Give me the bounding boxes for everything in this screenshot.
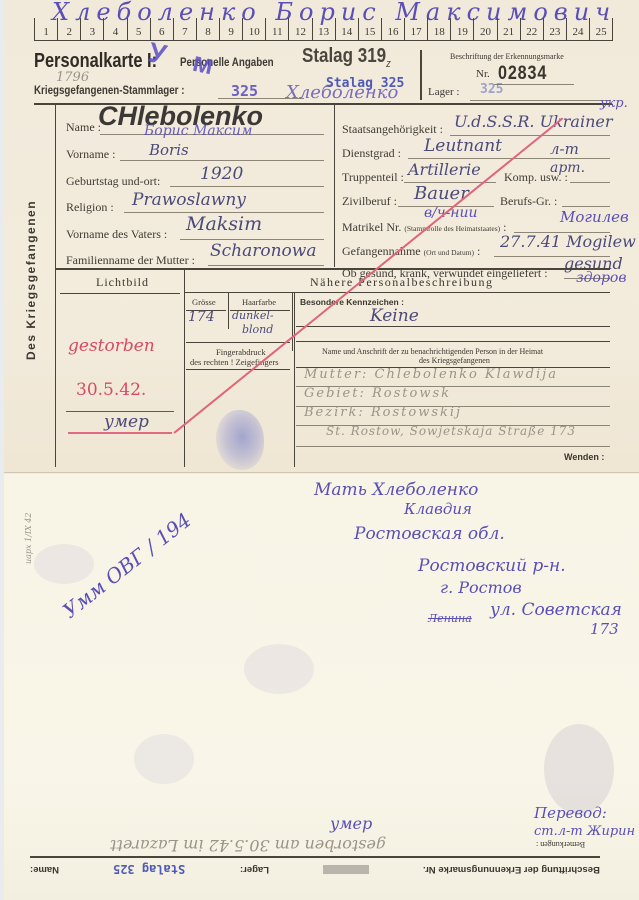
gesund-note: здоров — [576, 270, 626, 286]
death-note-cyr: умер — [104, 412, 149, 432]
card-number-handwritten: 1796 — [56, 70, 89, 85]
footer-marke-label: Beschriftung der Erkennungsmarke Nr. — [423, 864, 600, 875]
anschrift-line-2: Gebiet: Rostowsk — [304, 386, 451, 401]
number-cell: 3 — [81, 18, 104, 40]
personalkarte-front: Хлеболенко Борис Максимович 123456789101… — [4, 0, 639, 473]
footer-stamp: Stalag 325 — [113, 862, 185, 876]
religion-value: Prawoslawny — [132, 190, 246, 210]
zivilberuf-label: Zivilberuf : — [342, 194, 397, 209]
personalkarte-back: Мать Хлеболенко Клавдия Ростовская обл. … — [4, 474, 639, 900]
number-cell: 21 — [498, 18, 521, 40]
nr-label: Nr. — [476, 68, 490, 80]
number-cell: 25 — [590, 18, 613, 40]
footer-name-label: Name: — [30, 864, 59, 875]
side-label: Des Kriegsgefangenen — [24, 200, 38, 360]
bemerkungen-value: gestorben am 30.5.42 im Lazarett — [110, 836, 386, 855]
staats-note: укр. — [600, 96, 628, 111]
kennzeichen-value: Keine — [370, 306, 419, 326]
wenden-label: Wenden : — [564, 452, 604, 462]
number-cell: 2 — [58, 18, 81, 40]
back-side-note: иарх 1/IX 42 — [24, 513, 33, 564]
anschrift-line-4: St. Rostow, Sowjetskaja Straße 173 — [326, 424, 576, 438]
stammlager-label: Kriegsgefangenen-Stammlager : — [34, 85, 184, 97]
vater-value: Maksim — [186, 213, 262, 235]
number-cell: 23 — [544, 18, 567, 40]
finger-label-1: Fingerabdruck — [216, 347, 266, 357]
number-cell: 8 — [197, 18, 220, 40]
number-cell: 7 — [174, 18, 197, 40]
lager-value: 325 — [480, 82, 503, 97]
number-cell: 9 — [220, 18, 243, 40]
number-cell: 18 — [428, 18, 451, 40]
stammlager-stamp: 325 — [231, 82, 258, 100]
number-cell: 14 — [336, 18, 359, 40]
lichtbild-label: Lichtbild — [96, 275, 149, 290]
number-cell: 5 — [128, 18, 151, 40]
back-perevod: Перевод: — [534, 804, 607, 822]
back-umer: умер — [330, 814, 372, 833]
back-address-line-2: Клавдия — [404, 500, 472, 518]
staats-label: Staatsangehörigkeit : — [342, 122, 443, 137]
number-cell: 13 — [313, 18, 336, 40]
number-cell: 16 — [382, 18, 405, 40]
matrikel-place: Могилев — [560, 208, 629, 226]
footer-lager-label: Lager: — [240, 864, 269, 875]
number-cell: 17 — [405, 18, 428, 40]
vorname-value: Boris — [149, 141, 189, 159]
back-address-struck: Ленина — [428, 612, 472, 625]
dienstgrad-note: л-т — [550, 140, 579, 158]
number-cell: 22 — [521, 18, 544, 40]
geburtstag-value: 1920 — [200, 164, 243, 184]
number-cell: 20 — [474, 18, 497, 40]
number-strip: 1234567891011121314151617181920212223242… — [34, 18, 613, 41]
naehere-label: Nähere Personalbeschreibung — [310, 275, 493, 290]
gefangen-label: Gefangennahme (Ort und Datum) : — [342, 244, 480, 259]
groesse-value: 174 — [188, 309, 215, 325]
fingerprint — [216, 410, 264, 470]
haarfarbe-value-2: blond — [242, 323, 273, 336]
number-cell: 11 — [266, 18, 289, 40]
haarfarbe-value-1: dunkel- — [232, 309, 274, 322]
back-address-line-4: Ростовский р-н. — [418, 556, 566, 576]
back-address-line-5: г. Ростов — [440, 578, 522, 597]
dienstgrad-value: Leutnant — [424, 136, 502, 156]
name-cyr: Борис Максим — [144, 123, 253, 139]
back-address-line-3: Ростовская обл. — [354, 524, 505, 544]
name-label: Name : — [66, 120, 101, 135]
number-cell: 4 — [104, 18, 127, 40]
gefangen-value: 27.7.41 Mogilew — [500, 232, 636, 251]
truppenteil-label: Truppenteil : — [342, 170, 404, 185]
lager-label: Lager : — [428, 86, 459, 98]
back-footer: Name: Stalag 325 Lager: Beschriftung der… — [30, 862, 600, 876]
number-cell: 1 — [35, 18, 58, 40]
number-cell: 24 — [567, 18, 590, 40]
death-note: gestorben — [68, 336, 155, 356]
vorname-label: Vorname : — [66, 147, 115, 162]
stalag-printed: Stalag 319z — [302, 45, 391, 70]
anschrift-label-1: Name und Anschrift der zu benachrichtige… — [322, 347, 543, 356]
geburtstag-label: Geburtstag und-ort: — [66, 174, 160, 189]
number-cell: 12 — [289, 18, 312, 40]
stalag-stamp: Stalag 325 — [326, 76, 404, 91]
back-address-line-6: ул. Советская — [490, 600, 622, 620]
berufs-label: Berufs-Gr. : — [500, 194, 557, 209]
anschrift-label-2: des Kriegsgefangenen — [419, 356, 490, 365]
footer-redacted — [323, 865, 369, 874]
bemerkungen-label: Bemerkungen : — [536, 840, 585, 849]
back-address-line-7: 173 — [590, 620, 619, 638]
death-date: 30.5.42. — [76, 380, 146, 400]
truppenteil-note: арт. — [550, 160, 585, 176]
religion-label: Religion : — [66, 200, 114, 215]
nr-value: 02834 — [498, 63, 547, 85]
card-title: Personalkarte I: — [34, 50, 157, 73]
number-cell: 10 — [243, 18, 266, 40]
anschrift-line-1: Mutter: Chlebolenko Klawdija — [304, 367, 558, 382]
stamp-letters: У м — [146, 36, 227, 83]
dienstgrad-label: Dienstgrad : — [342, 146, 401, 161]
back-address-line-1: Мать Хлеболенко — [314, 480, 478, 500]
groesse-label: Grösse — [192, 297, 216, 307]
back-signature: ст.л-т Жирин — [534, 824, 635, 839]
haarfarbe-label: Haarfarbe — [242, 297, 276, 307]
number-cell: 19 — [451, 18, 474, 40]
staats-value: U.d.S.S.R. Ukrainer — [454, 112, 613, 131]
vater-label: Vorname des Vaters : — [66, 227, 167, 242]
erkennungsmarke-label: Beschriftung der Erkennungsmarke — [450, 52, 564, 61]
mutter-label: Familienname der Mutter : — [66, 253, 195, 268]
anschrift-line-3: Bezirk: Rostowskij — [304, 405, 462, 420]
mutter-value: Scharonowa — [210, 241, 316, 261]
truppenteil-value: Artillerie — [408, 160, 481, 179]
number-cell: 15 — [359, 18, 382, 40]
